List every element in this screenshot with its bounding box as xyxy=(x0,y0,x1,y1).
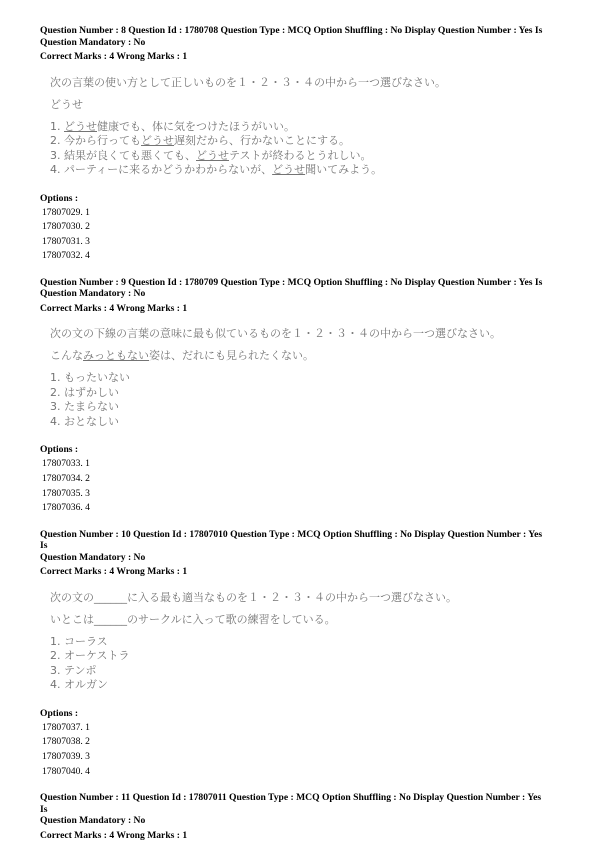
stem-text: いとこは______のサークルに入って歌の練習をしている。 xyxy=(50,613,336,626)
question-header-line1: Question Number : 11 Question Id : 17807… xyxy=(40,792,541,815)
stem-text: どうせ xyxy=(50,98,83,111)
choice-line: 1. もったいない xyxy=(50,371,557,386)
choice-line: 1. どうせ健康でも、体に気をつけたほうがいい。 xyxy=(50,120,557,135)
question-instruction: 次の言葉の使い方として正しいものを１・２・３・４の中から一つ選びなさい。 xyxy=(50,76,557,90)
question-header-line2: Question Mandatory : No xyxy=(40,552,145,563)
question-marks: Correct Marks : 4 Wrong Marks : 1 xyxy=(40,566,557,578)
choice-line: 3. 結果が良くても悪くても、どうせテストが終わるとうれしい。 xyxy=(50,149,557,164)
choice-line: 4. おとなしい xyxy=(50,415,557,430)
question-header: Question Number : 10 Question Id : 17807… xyxy=(40,529,545,564)
choice-text: 3. テンポ xyxy=(50,664,96,677)
choice-line: 4. パーティーに来るかどうかわからないが、どうせ聞いてみよう。 xyxy=(50,163,557,178)
question-marks: Correct Marks : 4 Wrong Marks : 1 xyxy=(40,51,557,63)
question-stem: こんなみっともない姿は、だれにも見られたくない。 xyxy=(50,349,557,363)
choice-text: 2. はずかしい xyxy=(50,386,119,399)
choice-text: 3. たまらない xyxy=(50,400,119,413)
choice-text: 健康でも、体に気をつけたほうがいい。 xyxy=(97,120,295,133)
option-id-line: 17807030. 2 xyxy=(40,220,557,235)
choice-line: 2. はずかしい xyxy=(50,386,557,401)
option-id-line: 17807032. 4 xyxy=(40,249,557,264)
stem-underlined-text: みっともない xyxy=(83,349,149,362)
question-block-10: Question Number : 10 Question Id : 17807… xyxy=(40,529,557,779)
question-instruction: 次の文の下線の言葉の意味に最も似ているものを１・２・３・４の中から一つ選びなさい… xyxy=(50,327,557,341)
question-header-line1: Question Number : 10 Question Id : 17807… xyxy=(40,529,542,552)
choice-text: 1. コーラス xyxy=(50,635,108,648)
choice-text: 遅刻だから、行かないことにする。 xyxy=(174,134,350,147)
question-header-line2: Question Mandatory : No xyxy=(40,288,145,299)
choice-text: 1. もったいない xyxy=(50,371,130,384)
option-id-list: 17807033. 1 17807034. 2 17807035. 3 1780… xyxy=(40,457,557,515)
option-id-line: 17807034. 2 xyxy=(40,472,557,487)
question-stem: いとこは______のサークルに入って歌の練習をしている。 xyxy=(50,613,557,627)
option-id-line: 17807039. 3 xyxy=(40,750,557,765)
choice-text: テストが終わるとうれしい。 xyxy=(229,149,372,162)
option-id-line: 17807031. 3 xyxy=(40,235,557,250)
exam-page: Question Number : 8 Question Id : 178070… xyxy=(0,0,595,841)
option-id-line: 17807033. 1 xyxy=(40,457,557,472)
choice-text: 2. オーケストラ xyxy=(50,649,130,662)
question-body: 次の文の下線の言葉の意味に最も似ているものを１・２・３・４の中から一つ選びなさい… xyxy=(50,327,557,429)
option-id-line: 17807029. 1 xyxy=(40,206,557,221)
question-instruction: 次の文の______に入る最も適当なものを１・２・３・４の中から一つ選びなさい。 xyxy=(50,591,557,605)
options-label: Options : xyxy=(40,706,557,721)
choice-text: 4. オルガン xyxy=(50,678,108,691)
choice-underlined-text: どうせ xyxy=(64,120,97,133)
choice-text: 2. 今から行っても xyxy=(50,134,141,147)
option-id-line: 17807037. 1 xyxy=(40,721,557,736)
choice-underlined-text: どうせ xyxy=(196,149,229,162)
choice-line: 3. たまらない xyxy=(50,400,557,415)
question-header: Question Number : 11 Question Id : 17807… xyxy=(40,792,545,827)
choice-list: 1. もったいない 2. はずかしい 3. たまらない 4. おとなしい xyxy=(50,371,557,429)
question-header-line2: Question Mandatory : No xyxy=(40,37,145,48)
choice-underlined-text: どうせ xyxy=(272,163,305,176)
choice-line: 2. 今から行ってもどうせ遅刻だから、行かないことにする。 xyxy=(50,134,557,149)
choice-line: 4. オルガン xyxy=(50,678,557,693)
option-id-list: 17807037. 1 17807038. 2 17807039. 3 1780… xyxy=(40,721,557,779)
choice-line: 3. テンポ xyxy=(50,664,557,679)
option-id-line: 17807038. 2 xyxy=(40,735,557,750)
question-marks: Correct Marks : 4 Wrong Marks : 1 xyxy=(40,303,557,315)
choice-text: 4. パーティーに来るかどうかわからないが、 xyxy=(50,163,272,176)
choice-text: 聞いてみよう。 xyxy=(305,163,382,176)
choice-text: 4. おとなしい xyxy=(50,415,119,428)
options-label: Options : xyxy=(40,191,557,206)
stem-text: 姿は、だれにも見られたくない。 xyxy=(149,349,314,362)
stem-text: こんな xyxy=(50,349,83,362)
option-id-line: 17807036. 4 xyxy=(40,501,557,516)
question-body: 次の言葉の使い方として正しいものを１・２・３・４の中から一つ選びなさい。 どうせ… xyxy=(50,76,557,178)
choice-text: 1. xyxy=(50,120,64,133)
question-header: Question Number : 9 Question Id : 178070… xyxy=(40,277,545,300)
question-stem: どうせ xyxy=(50,98,557,112)
choice-underlined-text: どうせ xyxy=(141,134,174,147)
choice-line: 2. オーケストラ xyxy=(50,649,557,664)
question-block-8: Question Number : 8 Question Id : 178070… xyxy=(40,25,557,264)
question-block-11: Question Number : 11 Question Id : 17807… xyxy=(40,792,557,841)
option-id-list: 17807029. 1 17807030. 2 17807031. 3 1780… xyxy=(40,206,557,264)
question-marks: Correct Marks : 4 Wrong Marks : 1 xyxy=(40,830,557,842)
question-block-9: Question Number : 9 Question Id : 178070… xyxy=(40,277,557,516)
question-body: 次の文の______に入る最も適当なものを１・２・３・４の中から一つ選びなさい。… xyxy=(50,591,557,693)
question-header-line2: Question Mandatory : No xyxy=(40,815,145,826)
option-id-line: 17807035. 3 xyxy=(40,487,557,502)
choice-list: 1. コーラス 2. オーケストラ 3. テンポ 4. オルガン xyxy=(50,635,557,693)
question-header-line1: Question Number : 9 Question Id : 178070… xyxy=(40,277,542,288)
choice-list: 1. どうせ健康でも、体に気をつけたほうがいい。 2. 今から行ってもどうせ遅刻… xyxy=(50,120,557,178)
options-label: Options : xyxy=(40,442,557,457)
question-header-line1: Question Number : 8 Question Id : 178070… xyxy=(40,25,542,36)
choice-text: 3. 結果が良くても悪くても、 xyxy=(50,149,196,162)
option-id-line: 17807040. 4 xyxy=(40,765,557,780)
choice-line: 1. コーラス xyxy=(50,635,557,650)
question-header: Question Number : 8 Question Id : 178070… xyxy=(40,25,545,48)
